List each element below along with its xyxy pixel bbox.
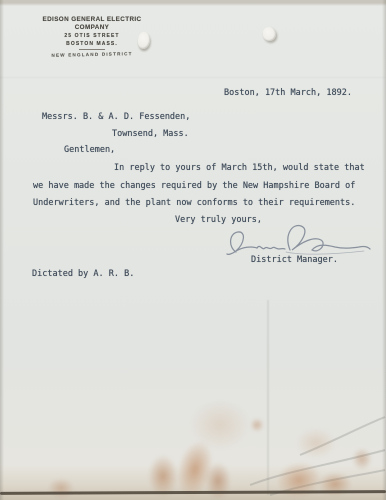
recipient-city-line: Townsend, Mass. (112, 129, 189, 139)
letterhead-rule (79, 49, 105, 50)
salutation: Gentlemen, (64, 145, 115, 155)
stain (296, 428, 336, 458)
stain (205, 462, 231, 500)
paper-left-edge-shadow (0, 0, 4, 500)
fold-crease (0, 77, 386, 78)
stain (352, 448, 372, 470)
stain (250, 418, 264, 432)
letterhead-district: NEW ENGLAND DISTRICT (29, 51, 155, 59)
recipient-line: Messrs. B. & A. D. Fessenden, (42, 112, 190, 122)
body-line-3: Underwriters, and the plant now conforms… (33, 198, 355, 208)
paper-right-edge-shadow (382, 0, 386, 500)
pin-hole (262, 26, 276, 41)
letterhead-street: 25 OTIS STREET (29, 33, 155, 40)
stain (48, 478, 74, 498)
letterhead-company-name: EDISON GENERAL ELECTRIC COMPANY (29, 16, 155, 32)
stain (274, 459, 325, 500)
letter-page: EDISON GENERAL ELECTRIC COMPANY 25 OTIS … (0, 0, 386, 500)
letterhead-city: BOSTON MASS. (29, 41, 155, 48)
body-line-2: we have made the changes required by the… (33, 181, 355, 191)
dateline: Boston, 17th March, 1892. (224, 88, 352, 98)
body-line-1: In reply to yours of March 15th, would s… (114, 163, 365, 173)
letterhead: EDISON GENERAL ELECTRIC COMPANY 25 OTIS … (29, 16, 155, 57)
signature (224, 221, 372, 265)
fold-crease (267, 300, 269, 495)
stain (190, 400, 250, 450)
dictation-note: Dictated by A. R. B. (32, 269, 134, 279)
